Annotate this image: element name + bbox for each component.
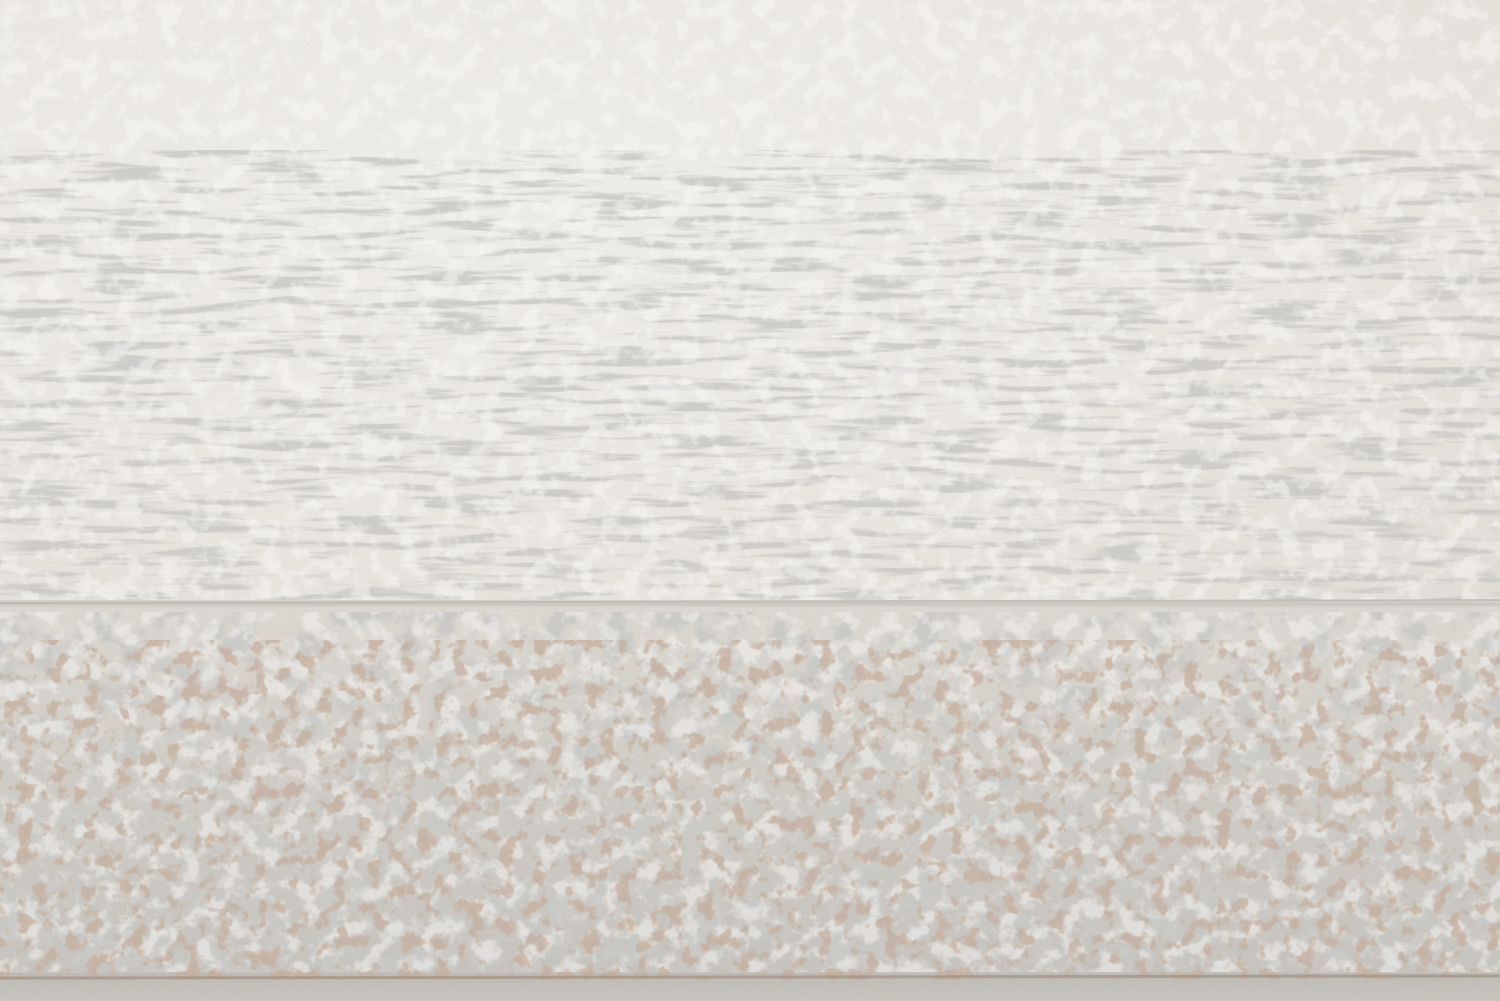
rug-photo: Close-up photo of a distressed ivory and…	[0, 0, 1500, 1001]
rug-texture	[0, 0, 1500, 1001]
